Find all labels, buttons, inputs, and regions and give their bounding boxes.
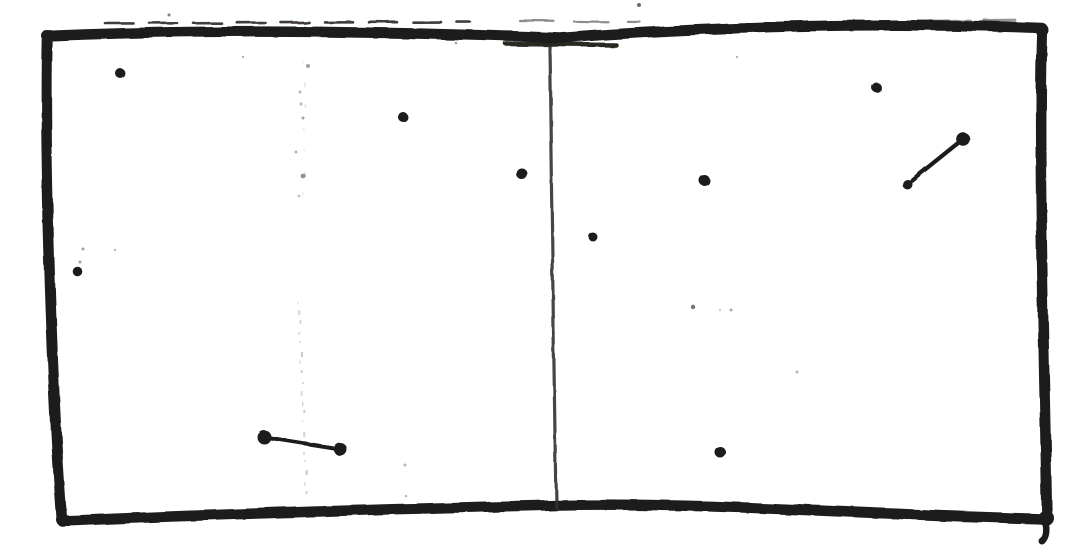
frame-overdraw-stroke <box>105 22 470 23</box>
frame-group <box>42 20 1055 541</box>
frame-corner-blob <box>1036 24 1049 37</box>
paper-crease-mark <box>297 302 298 304</box>
paper-crease-mark <box>304 482 305 486</box>
paper-speck <box>302 117 305 120</box>
paper-speck <box>79 261 82 264</box>
paper-speck <box>796 371 799 374</box>
paper-speck <box>168 14 171 17</box>
paper-speck <box>295 151 298 154</box>
paper-crease-mark <box>304 460 305 462</box>
paper-speck <box>730 309 733 312</box>
paper-speck <box>455 42 458 45</box>
paper-crease-mark <box>301 370 303 373</box>
frame-corner-tail <box>1042 521 1046 541</box>
paper-crease-mark <box>302 420 303 422</box>
paper-crease-mark <box>303 128 305 131</box>
paper-speck <box>298 195 301 198</box>
ink-dot <box>700 176 711 187</box>
paper-crease-mark <box>302 192 303 196</box>
paper-speck <box>114 249 116 251</box>
paper-speck <box>719 309 721 311</box>
paper-speck <box>736 56 738 58</box>
paper-marks-group <box>79 3 799 497</box>
paper-crease-mark <box>305 104 306 108</box>
paper-crease-mark <box>301 391 303 396</box>
scanned-sketch-page <box>0 0 1075 560</box>
paper-crease-mark <box>300 341 301 343</box>
paper-crease-mark <box>304 82 306 87</box>
sketch-canvas <box>0 0 1075 560</box>
ink-dot <box>398 112 408 122</box>
center-divider-line <box>550 47 557 507</box>
paper-speck <box>306 64 310 68</box>
ink-dot <box>115 68 125 78</box>
ink-dot <box>517 169 528 180</box>
paper-crease-mark <box>301 352 303 357</box>
frame-corner-blob <box>56 513 69 526</box>
paper-speck <box>301 174 306 179</box>
paper-crease-mark <box>298 310 300 315</box>
frame-corner-blob <box>42 31 53 42</box>
paper-speck <box>404 464 407 467</box>
paper-crease-mark <box>303 452 305 455</box>
paper-speck <box>405 495 408 498</box>
paper-crease-mark <box>298 332 300 335</box>
ink-dot <box>872 83 882 93</box>
ink-dot <box>715 447 726 458</box>
paper-crease-mark <box>303 410 305 413</box>
paper-crease-mark <box>299 360 300 364</box>
segment-endpoint-dot <box>902 179 912 189</box>
frame-overdraw-stroke <box>506 44 616 45</box>
paper-speck <box>300 103 303 106</box>
paper-crease-mark <box>303 62 304 64</box>
paper-crease-mark <box>300 320 301 324</box>
frame-overdraw-stroke <box>520 21 640 22</box>
paper-speck <box>691 305 695 309</box>
paper-crease-mark <box>306 470 308 475</box>
paper-crease-mark <box>302 382 303 384</box>
paper-crease-mark <box>306 491 308 494</box>
paper-crease-mark <box>303 149 304 151</box>
ink-dot <box>73 267 83 277</box>
connector-segment <box>907 139 963 184</box>
paper-speck <box>637 3 641 7</box>
paper-speck <box>299 91 302 94</box>
ink-marks-group <box>73 47 970 507</box>
segment-endpoint-dot <box>956 132 970 146</box>
frame-border <box>46 25 1047 521</box>
paper-crease-mark <box>302 402 303 406</box>
paper-speck <box>242 56 244 58</box>
ink-dot <box>589 233 598 242</box>
connector-segment <box>264 437 340 449</box>
segment-endpoint-dot <box>334 443 347 456</box>
paper-speck <box>82 248 85 251</box>
paper-crease-mark <box>303 432 305 437</box>
segment-endpoint-dot <box>257 430 271 444</box>
